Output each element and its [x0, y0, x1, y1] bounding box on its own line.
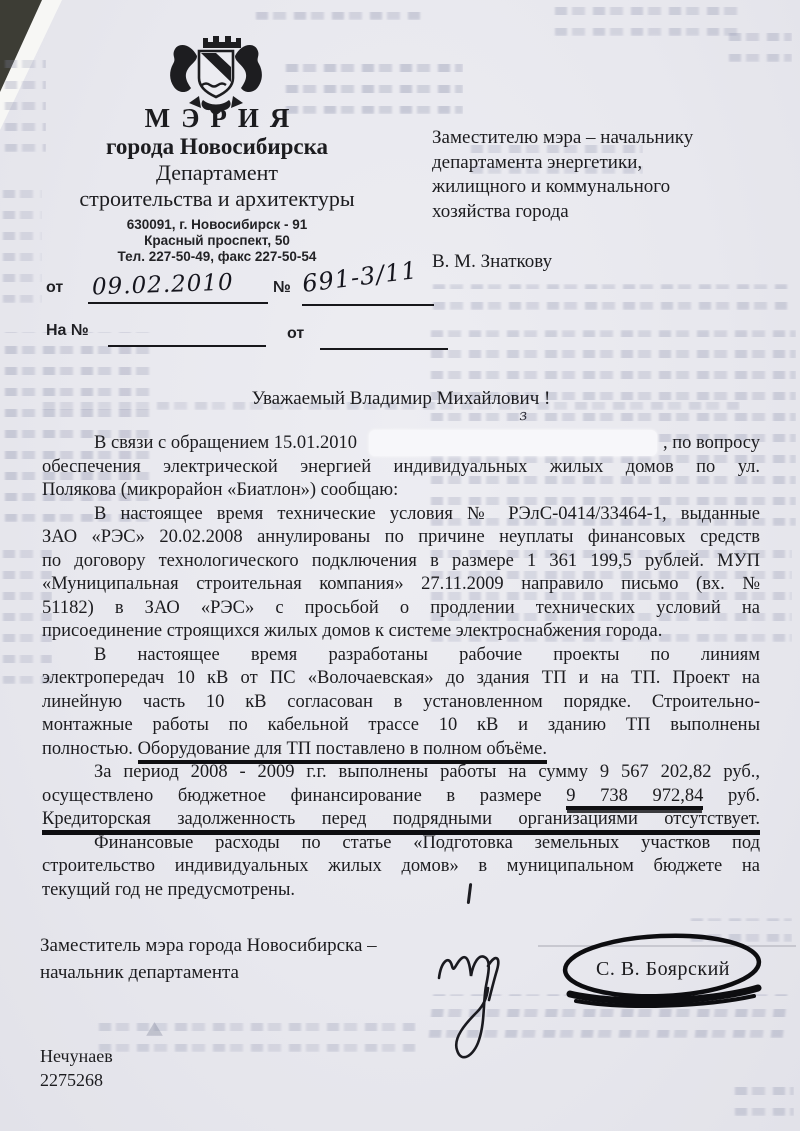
reply-label: На №: [46, 322, 89, 340]
body-line: В настоящее время разработаны рабочие пр…: [42, 644, 760, 668]
body-line: текущий год не предусмотрены.: [42, 879, 760, 903]
reply-number-line: [108, 345, 266, 347]
recipient-line: жилищного и коммунального: [432, 175, 752, 200]
ref-date-line: [88, 302, 268, 304]
p4-line2-post: руб.: [728, 786, 760, 806]
body-line: линейную часть 10 кВ согласован в устано…: [42, 691, 760, 715]
recipient-line: хозяйства города: [432, 200, 752, 225]
body-line: строительство индивидуальных жилых домов…: [42, 855, 760, 879]
body-line: В связи с обращением 15.01.2010 , по воп…: [42, 432, 760, 456]
reply-from-label: от: [287, 325, 304, 343]
ref-no-label: №: [273, 279, 291, 297]
signer-title-line2: начальник департамента: [40, 959, 460, 986]
bleedthrough-text: [253, 2, 423, 20]
underlined-amount: 9 738 972,84: [566, 786, 703, 810]
recipient-block: Заместителю мэра – начальнику департамен…: [432, 126, 752, 275]
body-line: Полякова (микрорайон «Биатлон») сообщаю:: [42, 479, 760, 503]
letter-body: Уважаемый Владимир Михайлович ! В связи …: [42, 388, 760, 902]
recipient-line: Заместителю мэра – начальнику: [432, 126, 752, 151]
body-line: 51182) в ЗАО «РЭС» с просьбой о продлени…: [42, 597, 760, 621]
body-line: полностью. Оборудование для ТП поставлен…: [42, 738, 760, 762]
address-line1: 630091, г. Новосибирск - 91: [18, 217, 416, 233]
bleedthrough-text: [430, 284, 792, 310]
org-subtitle: города Новосибирска: [18, 133, 416, 160]
executor-block: Нечунаев 2275268: [40, 1044, 113, 1092]
org-title: МЭРИЯ: [18, 103, 416, 133]
closing-block: Заместитель мэра города Новосибирска – н…: [40, 932, 460, 986]
body-line: монтажные работы по кабельной трассе 10 …: [42, 714, 760, 738]
handwritten-date: 09.02.2010: [92, 270, 235, 301]
body-line: присоединение строящихся жилых домов к с…: [42, 620, 760, 644]
p3-last-pre: полностью.: [42, 739, 138, 759]
executor-name: Нечунаев: [40, 1044, 113, 1068]
signer-title-line1: Заместитель мэра города Новосибирска –: [40, 932, 460, 959]
bleedthrough-text: [96, 1014, 416, 1052]
bleedthrough-triangle: [146, 1022, 163, 1036]
underlined-phrase: Оборудование для ТП поставлено в полном …: [138, 739, 547, 764]
recipient-name: В. М. Знаткову: [432, 250, 752, 275]
circle-annotation: [558, 930, 770, 1018]
body-line: «Муниципальная строительная компания» 27…: [42, 573, 760, 597]
ref-number-line: [302, 304, 434, 306]
body-line: Кредиторская задолженность перед подрядн…: [42, 808, 760, 832]
body-line: За период 2008 - 2009 г.г. выполнены раб…: [42, 761, 760, 785]
dept-line2: строительства и архитектуры: [18, 186, 416, 212]
bleedthrough-text: [726, 28, 792, 62]
body-line: осуществлено бюджетное финансирование в …: [42, 785, 760, 809]
body-line: ЗАО «РЭС» 20.02.2008 аннулированы по при…: [42, 526, 760, 550]
body-line: электропередач 10 кВ от ПС «Волочаевская…: [42, 667, 760, 691]
dept-line1: Департамент: [18, 160, 416, 186]
p1-line1-tail: , по вопросу: [663, 432, 760, 456]
scanned-letter-page: { "colors": { "paper": "#e8e8ee", "ink":…: [0, 0, 800, 1131]
address-line2: Красный проспект, 50: [18, 233, 416, 249]
p4-line2-pre: осуществлено бюджетное финансирование в …: [42, 786, 542, 806]
reply-date-line: [320, 348, 448, 350]
body-line: Финансовые расходы по статье «Подготовка…: [42, 832, 760, 856]
executor-phone: 2275268: [40, 1068, 113, 1092]
bleedthrough-text: [552, 2, 742, 36]
redaction-box: [369, 430, 657, 456]
salutation: Уважаемый Владимир Михайлович !: [42, 388, 760, 412]
letterhead: МЭРИЯ города Новосибирска Департамент ст…: [18, 103, 416, 265]
recipient-line: департамента энергетики,: [432, 151, 752, 176]
body-line: обеспечения электрической энергией индив…: [42, 456, 760, 480]
body-line: В настоящее время технические условия № …: [42, 503, 760, 527]
ref-from-label: от: [46, 279, 63, 297]
p1-line1-head: В связи с обращением 15.01.2010: [94, 432, 357, 456]
body-line: по договору технологического подключения…: [42, 550, 760, 574]
bleedthrough-text: [732, 1082, 794, 1116]
signature-autograph: [425, 926, 515, 1081]
